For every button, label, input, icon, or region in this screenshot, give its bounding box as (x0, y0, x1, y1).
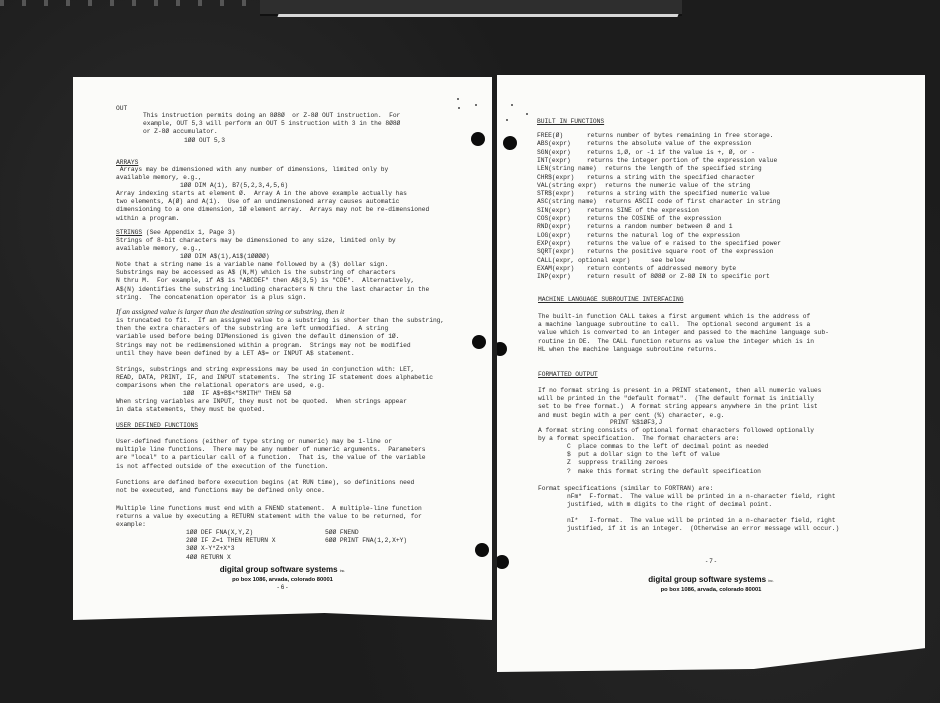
udf-body-2: Functions are defined before execution b… (116, 479, 414, 495)
strings-assign-first-line: If an assigned value is larger than the … (116, 308, 344, 316)
page-footer: - 7 - digital group software systems inc… (497, 557, 925, 593)
section-heading-formatted-output: FORMATTED OUTPUT (538, 371, 598, 379)
section-heading-udf: USER DEFINED FUNCTIONS (116, 422, 198, 430)
builtin-function-row: ABS(expr)returns the absolute value of t… (537, 140, 751, 148)
document-page-6: OUT This instruction permits doing an 8Ø… (73, 77, 492, 620)
function-name: LOG(expr) (537, 232, 587, 240)
binder-hole (471, 132, 485, 146)
function-name: STR$(expr) (537, 190, 587, 198)
function-description: returns the positive square root of the … (587, 248, 773, 255)
strings-example: 1ØØ DIM A$(1),A1$(1ØØØØ) (180, 253, 270, 261)
builtin-function-row: LOG(expr)returns the natural log of the … (537, 232, 740, 240)
function-description: returns number of bytes remaining in fre… (587, 132, 773, 139)
strings-example-2: 1ØØ IF A$+B$<"SMITH" THEN 5Ø (183, 390, 291, 398)
section-heading-out: OUT (116, 105, 127, 113)
function-name: INT(expr) (537, 157, 587, 165)
function-description: return contents of addressed memory byte (587, 265, 736, 272)
builtin-function-row: SGN(expr)returns 1,Ø, or -1 if the value… (537, 149, 755, 157)
udf-body-3: Multiple line functions must end with a … (116, 505, 422, 530)
function-description: see below (651, 257, 685, 264)
strings-body-3: Strings, substrings and string expressio… (116, 366, 433, 391)
builtin-function-row: INT(expr)returns the integer portion of … (537, 157, 777, 165)
builtin-function-row: EXP(expr)returns the value of e raised t… (537, 240, 781, 248)
function-name: CHR$(expr) (537, 174, 587, 182)
section-heading-strings: STRINGS (See Appendix 1, Page 3) (116, 229, 235, 237)
function-name: SGN(expr) (537, 149, 587, 157)
function-description: returns a random number between Ø and 1 (587, 223, 732, 230)
function-name: ABS(expr) (537, 140, 587, 148)
function-description: returns the integer portion of the expre… (587, 157, 777, 164)
function-description: returns the numeric value of the string (605, 182, 750, 189)
builtin-function-row: ASC(string name)returns ASCII code of fi… (537, 198, 780, 206)
builtin-function-row: FREE(Ø)returns number of bytes remaining… (537, 132, 773, 140)
builtin-function-row: RND(expr)returns a random number between… (537, 223, 732, 231)
footer-company: digital group software systems inc. (73, 565, 492, 574)
function-name: ASC(string name) (537, 198, 605, 206)
binder-hole (472, 335, 486, 349)
function-name: INP(expr) (537, 273, 587, 281)
section-heading-builtin: BUILT IN FUNCTIONS (537, 118, 604, 126)
function-description: returns a string with the specified char… (587, 174, 755, 181)
out-body: This instruction permits doing an 8Ø8Ø o… (143, 112, 400, 137)
builtin-function-row: CALL(expr, optional expr)see below (537, 257, 685, 265)
builtin-function-row: CHR$(expr)returns a string with the spec… (537, 174, 755, 182)
builtin-function-row: EXAM(expr)return contents of addressed m… (537, 265, 736, 273)
function-description: returns 1,Ø, or -1 if the value is +, Ø,… (587, 149, 755, 156)
function-description: returns the absolute value of the expres… (587, 140, 751, 147)
builtin-function-row: VAL(string expr)returns the numeric valu… (537, 182, 750, 190)
format-char-row: C place commas to the left of decimal po… (567, 443, 768, 451)
function-description: returns the value of e raised to the spe… (587, 240, 781, 247)
function-description: returns SINE of the expression (587, 207, 699, 214)
fo-body-1: If no format string is present in a PRIN… (538, 387, 821, 420)
footer-company: digital group software systems inc. (497, 575, 925, 584)
format-spec-row: nI* I-format. The value will be printed … (567, 517, 839, 533)
strings-body-2: Note that a string name is a variable na… (116, 261, 429, 302)
builtin-function-row: SIN(expr)returns SINE of the expression (537, 207, 699, 215)
function-name: EXP(expr) (537, 240, 587, 248)
builtin-function-row: STR$(expr)returns a string with the spec… (537, 190, 770, 198)
function-description: return result of 8Ø8Ø or Z-8Ø IN to spec… (587, 273, 770, 280)
page-number: - 7 - (497, 559, 925, 565)
strings-assign-body: is truncated to fit. If an assigned valu… (116, 317, 444, 358)
function-name: EXAM(expr) (537, 265, 587, 273)
arrays-example: 1ØØ DIM A(1), B7(5,2,3,4,5,6) (180, 182, 288, 190)
format-char-row: $ put a dollar sign to the left of value (567, 451, 720, 459)
function-description: returns ASCII code of first character in… (605, 198, 780, 205)
format-char-row: Z suppress trailing zeroes (567, 459, 668, 467)
scan-edge-artifact (0, 0, 250, 6)
arrays-body-1: Arrays may be dimensioned with any numbe… (116, 166, 388, 182)
function-name: LEN(string name) (537, 165, 605, 173)
page-footer: digital group software systems inc. po b… (73, 565, 492, 591)
udf-code-col-2: 5ØØ FNEND 6ØØ PRINT FNA(1,2,X+Y) (325, 529, 407, 545)
fo-example: PRINT %$1ØF3,J (610, 419, 662, 427)
document-page-7: BUILT IN FUNCTIONS FREE(Ø)returns number… (497, 75, 925, 672)
format-spec-row: nFm* F-format. The value will be printed… (567, 493, 835, 509)
function-name: SIN(expr) (537, 207, 587, 215)
function-name: FREE(Ø) (537, 132, 587, 140)
builtin-function-row: COS(expr)returns the COSINE of the expre… (537, 215, 721, 223)
arrays-body-2: Array indexing starts at element Ø. Arra… (116, 190, 429, 223)
binder-hole (503, 136, 517, 150)
function-name: COS(expr) (537, 215, 587, 223)
builtin-function-row: LEN(string name)returns the length of th… (537, 165, 762, 173)
strings-body-4: When string variables are INPUT, they mu… (116, 398, 407, 414)
builtin-function-row: SQRT(expr)returns the positive square ro… (537, 248, 773, 256)
builtin-function-row: INP(expr)return result of 8Ø8Ø or Z-8Ø I… (537, 273, 770, 281)
function-name: VAL(string expr) (537, 182, 605, 190)
format-char-row: ? make this format string the default sp… (567, 468, 761, 476)
function-description: returns the natural log of the expressio… (587, 232, 740, 239)
udf-code-col-1: 1ØØ DEF FNA(X,Y,Z) 2ØØ IF Z=1 THEN RETUR… (186, 529, 276, 562)
fo-body-2: A format string consists of optional for… (538, 427, 814, 443)
function-name: RND(expr) (537, 223, 587, 231)
section-heading-mlsi: MACHINE LANGUAGE SUBROUTINE INTERFACING (538, 296, 683, 304)
strings-body-1: Strings of 8-bit characters may be dimen… (116, 237, 396, 253)
footer-address: po box 1086, arvada, colorado 80001 (497, 587, 925, 593)
paper-edge (277, 14, 678, 17)
function-description: returns the length of the specified stri… (605, 165, 762, 172)
function-description: returns a string with the specified nume… (587, 190, 770, 197)
mlsi-body: The built-in function CALL takes a first… (538, 313, 829, 354)
function-name: SQRT(expr) (537, 248, 587, 256)
page-number: - 6 - (73, 585, 492, 591)
out-example: 1ØØ OUT 5,3 (184, 137, 225, 145)
fo-spec-intro: Format specifications (similar to FORTRA… (538, 485, 713, 493)
footer-address: po box 1086, arvada, colorado 80001 (73, 577, 492, 583)
binder-hole (475, 543, 489, 557)
function-description: returns the COSINE of the expression (587, 215, 721, 222)
udf-body-1: User-defined functions (either of type s… (116, 438, 426, 471)
function-name: CALL(expr, optional expr) (537, 257, 651, 265)
